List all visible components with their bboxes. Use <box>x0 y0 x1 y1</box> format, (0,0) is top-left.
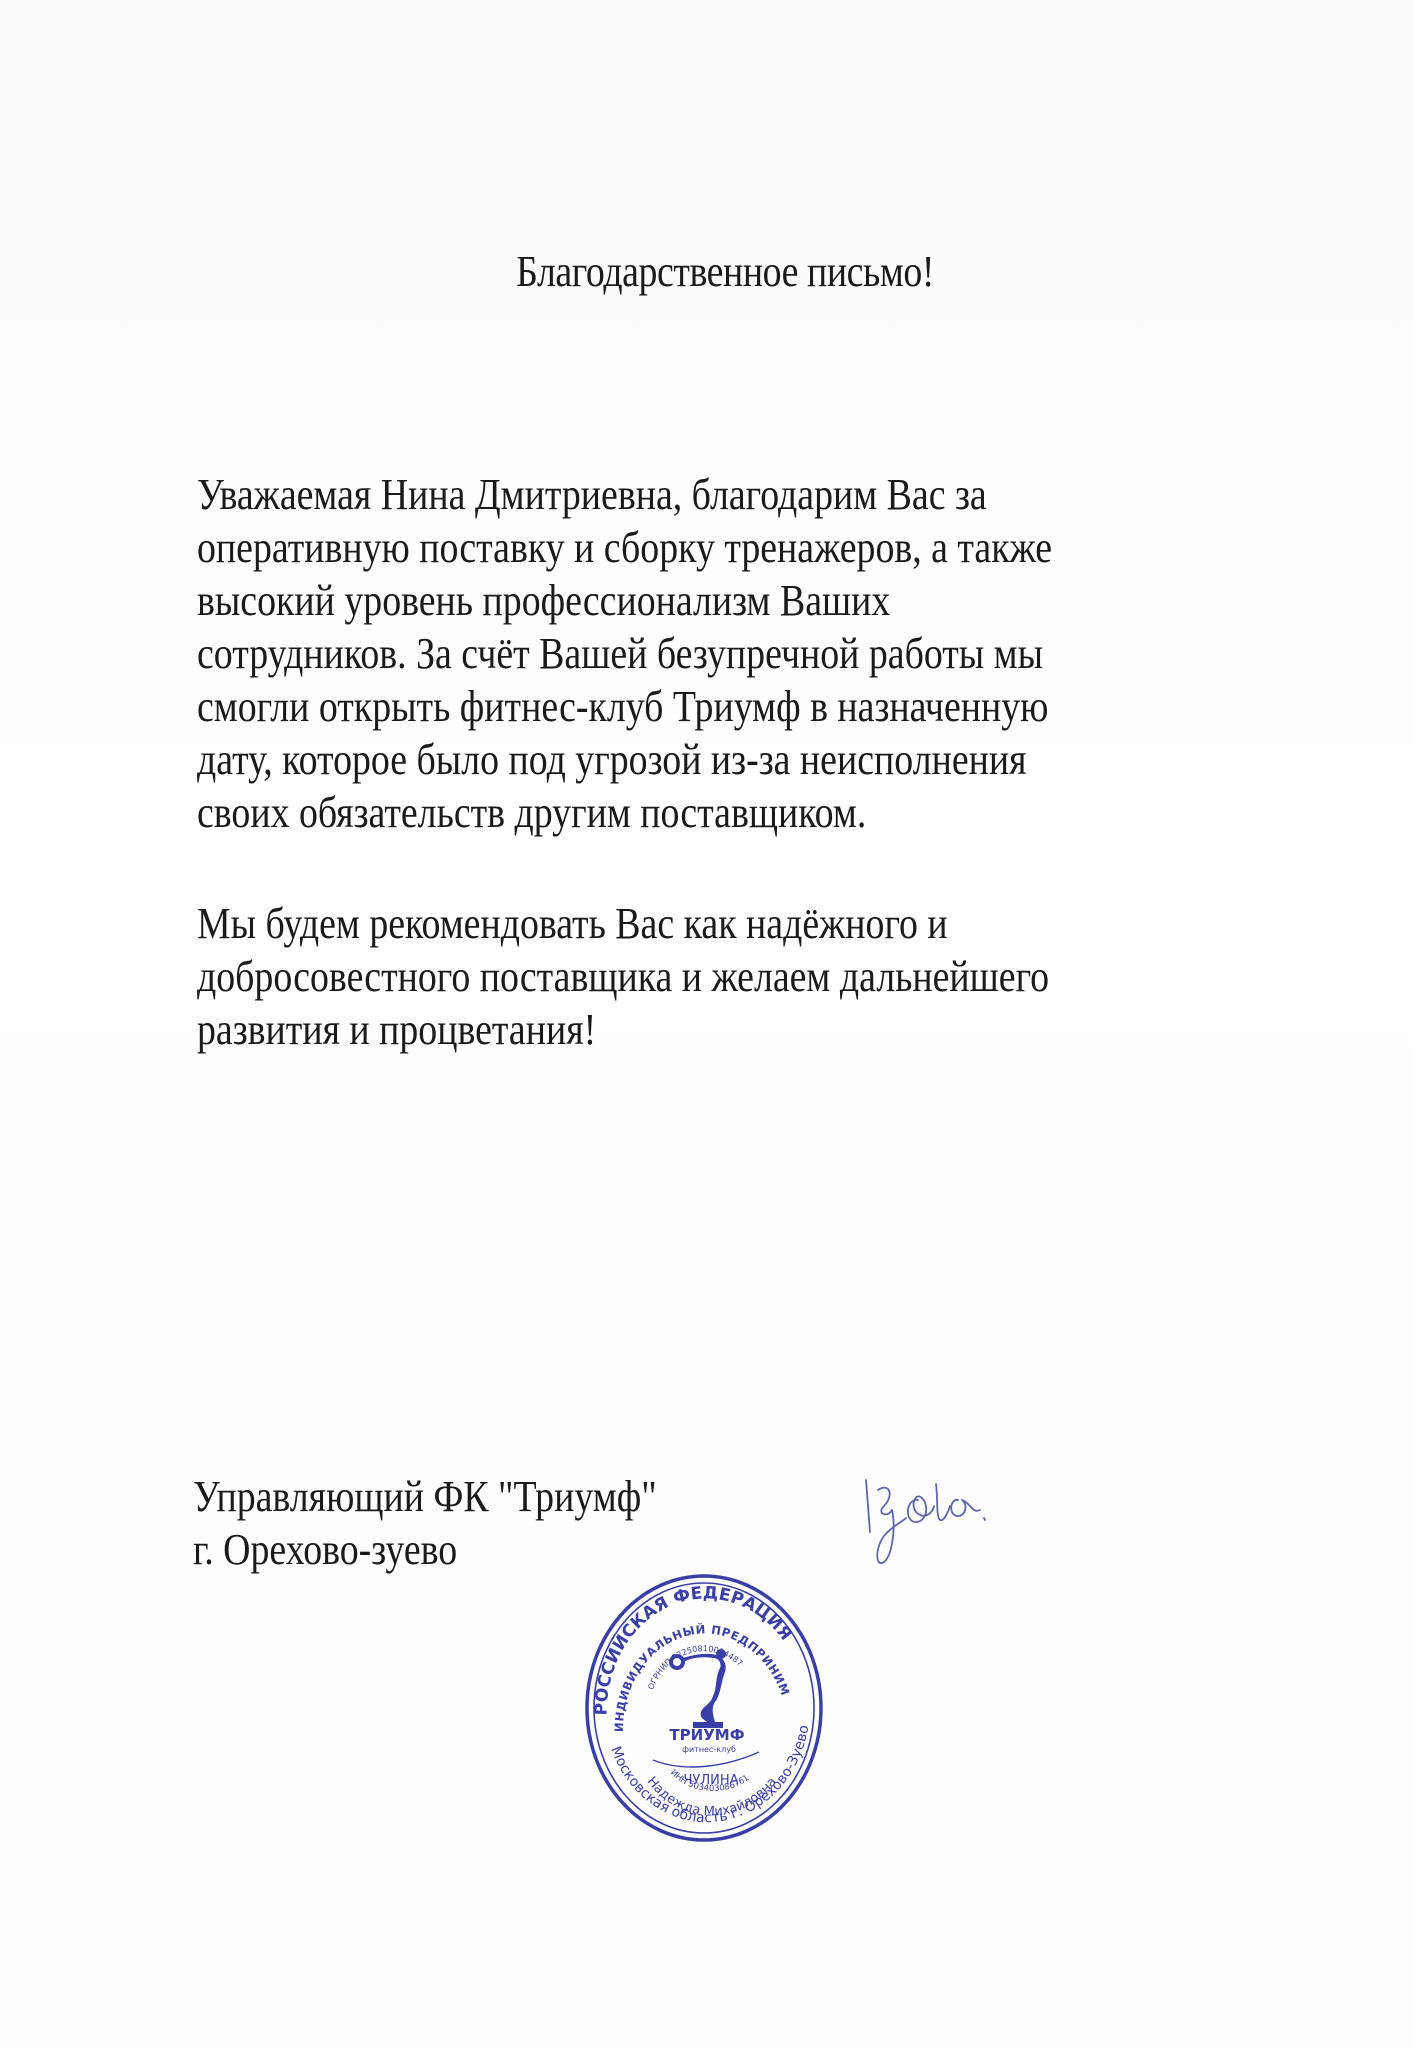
paragraph-line: развития и процветания! <box>197 1003 1143 1056</box>
letter-page: Благодарственное письмо! Уважаемая Нина … <box>0 0 1413 2048</box>
signer-city: г. Орехово-зуево <box>193 1523 657 1576</box>
signer-position: Управляющий ФК "Триумф" <box>193 1470 657 1523</box>
stamp-surname: ЧУЛИНА <box>683 1773 738 1788</box>
stamp-brand-sub: фитнес-клуб <box>682 1745 736 1754</box>
letter-title: Благодарственное письмо! <box>100 246 1332 297</box>
stamp-brand: ТРИУМФ <box>669 1726 744 1744</box>
paragraph-line: смогли открыть фитнес-клуб Триумф в назн… <box>197 680 1143 733</box>
paragraph-line: Уважаемая Нина Дмитриевна, благодарим Ва… <box>197 468 1143 521</box>
signature-block: Управляющий ФК "Триумф" г. Орехово-зуево <box>193 1470 657 1576</box>
signature-icon <box>858 1470 1028 1580</box>
paragraph-line: своих обязательств другим поставщиком. <box>197 786 1143 839</box>
paragraph-line: высокий уровень профессионализм Ваших <box>197 574 1143 627</box>
paragraph-2: Мы будем рекомендовать Вас как надёжного… <box>197 897 1143 1056</box>
paragraph-line: сотрудников. За счёт Вашей безупречной р… <box>197 627 1143 680</box>
paragraph-line: Мы будем рекомендовать Вас как надёжного… <box>197 897 1143 950</box>
paragraph-1: Уважаемая Нина Дмитриевна, благодарим Ва… <box>197 468 1143 839</box>
discus-thrower-icon <box>669 1649 726 1728</box>
paragraph-line: добросовестного поставщика и желаем даль… <box>197 950 1143 1003</box>
company-stamp: РОССИЙСКАЯ ФЕДЕРАЦИЯ ИНДИВИДУАЛЬНЫЙ ПРЕД… <box>583 1572 825 1844</box>
paragraph-line: оперативную поставку и сборку тренажеров… <box>197 521 1143 574</box>
paragraph-line: дату, которое было под угрозой из-за неи… <box>197 733 1143 786</box>
